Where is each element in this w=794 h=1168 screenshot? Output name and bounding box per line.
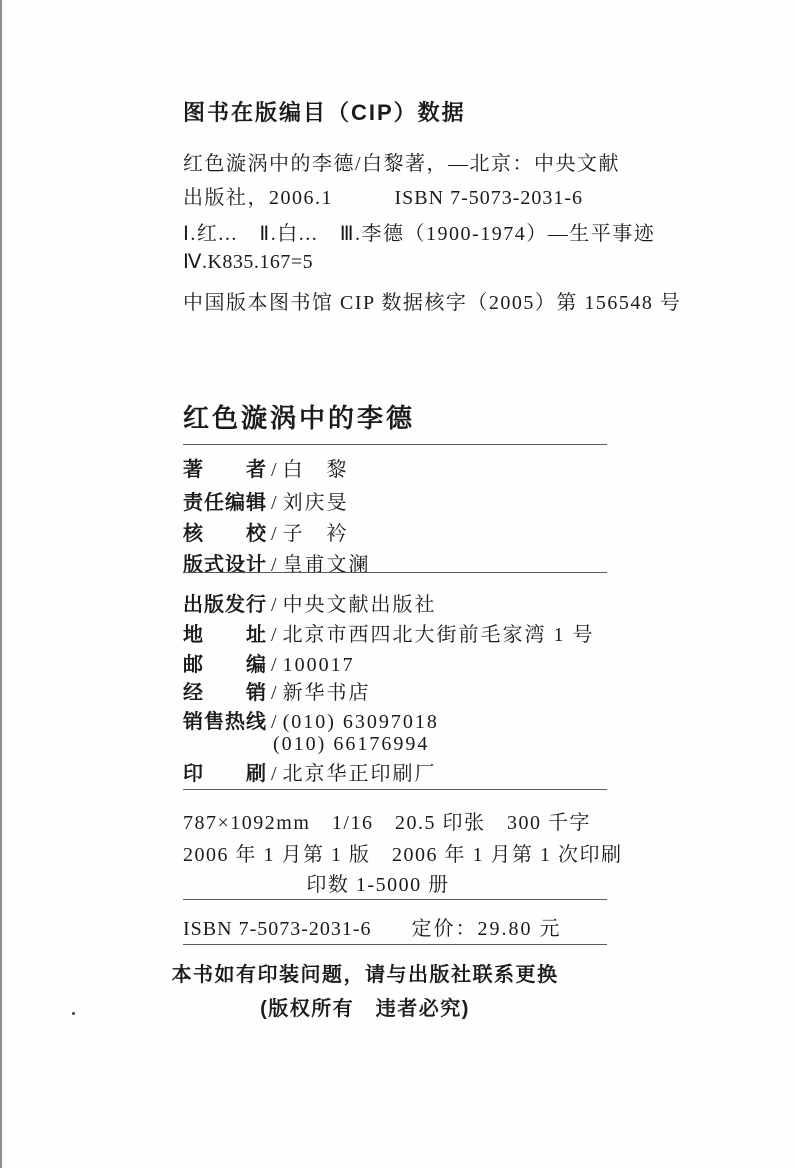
publishing-value: 100017 [283, 654, 355, 676]
slash-separator: / [271, 763, 277, 785]
cip-publication-line1: 红色漩涡中的李德/白黎著，—北京：中央文献 [183, 147, 620, 176]
book-title: 红色漩涡中的李德 [183, 398, 415, 435]
slash-separator: / [271, 594, 277, 616]
slash-separator: / [271, 624, 277, 646]
slash-separator: / [271, 682, 277, 704]
credit-value: 刘庆旻 [283, 492, 349, 514]
isbn-price-row: ISBN 7-5073-2031-6 定价：29.80 元 [183, 912, 562, 941]
price-value: 定价：29.80 元 [412, 918, 562, 940]
publishing-value: (010) 63097018 [283, 711, 439, 733]
publishing-value: 北京华正印刷厂 [283, 763, 437, 785]
publishing-row-publisher: 出版发行/中央文献出版社 [183, 588, 437, 617]
publishing-row-sales-hotline: 销售热线/(010) 63097018 [183, 705, 439, 734]
book-copyright-page: 图书在版编目（CIP）数据 红色漩涡中的李德/白黎著，—北京：中央文献 出版社，… [0, 0, 794, 1168]
credit-value: 子 衿 [283, 523, 349, 545]
print-run-line: 印数 1-5000 册 [183, 868, 573, 897]
credit-row-editor: 责任编辑/刘庆旻 [183, 486, 349, 515]
credit-row-proofreader: 核 校/子 衿 [183, 517, 349, 546]
slash-separator: / [271, 654, 277, 676]
divider-under-isbn [183, 944, 607, 945]
publishing-row-printer: 印 刷/北京华正印刷厂 [183, 757, 437, 786]
binding-problem-notice: 本书如有印装问题，请与出版社联系更换 [130, 958, 600, 987]
publishing-label: 销售热线 [183, 705, 269, 734]
slash-separator: / [271, 711, 277, 733]
publishing-row-postcode: 邮 编/100017 [183, 648, 355, 677]
publishing-value: (010) 66176994 [273, 733, 429, 755]
cip-classification-line1: Ⅰ.红... Ⅱ.白... Ⅲ.李德（1900-1974）—生平事迹 [183, 217, 655, 246]
credit-row-author: 著 者/白 黎 [183, 453, 349, 482]
copyright-notice: (版权所有 违者必究) [130, 992, 600, 1021]
cip-header: 图书在版编目（CIP）数据 [183, 96, 466, 127]
divider-under-printing [183, 899, 607, 900]
slash-separator: / [271, 459, 277, 481]
publishing-row-address: 地 址/北京市西四北大街前毛家湾 1 号 [183, 618, 595, 647]
isbn-number: ISBN 7-5073-2031-6 [183, 918, 372, 940]
credit-label: 著 者 [183, 453, 269, 482]
cip-record-number-line: 中国版本图书馆 CIP 数据核字（2005）第 156548 号 [183, 286, 681, 315]
divider-under-credits [183, 572, 607, 573]
divider-under-title [183, 444, 607, 445]
page-left-edge-line [0, 0, 2, 1168]
publishing-value: 中央文献出版社 [283, 594, 437, 616]
cip-publisher-year: 出版社，2006.1 [183, 187, 333, 209]
credit-label: 责任编辑 [183, 486, 269, 515]
slash-separator: / [271, 492, 277, 514]
publishing-label: 地 址 [183, 618, 269, 647]
credit-value: 白 黎 [283, 459, 349, 481]
publishing-label: 出版发行 [183, 588, 269, 617]
cip-publication-line2: 出版社，2006.1 ISBN 7-5073-2031-6 [183, 181, 583, 210]
publishing-label: 经 销 [183, 676, 269, 705]
cip-isbn: ISBN 7-5073-2031-6 [395, 187, 584, 209]
divider-under-publishing [183, 789, 607, 790]
publishing-value: 北京市西四北大街前毛家湾 1 号 [283, 624, 595, 646]
cip-classification-line2: Ⅳ.K835.167=5 [183, 249, 313, 274]
publishing-label: 邮 编 [183, 648, 269, 677]
publishing-row-distributor: 经 销/新华书店 [183, 676, 371, 705]
publishing-value: 新华书店 [283, 682, 371, 704]
edition-line: 2006 年 1 月第 1 版 2006 年 1 月第 1 次印刷 [183, 838, 623, 867]
publishing-label: 印 刷 [183, 757, 269, 786]
format-spec-line: 787×1092mm 1/16 20.5 印张 300 千字 [183, 806, 591, 835]
slash-separator: / [271, 523, 277, 545]
publishing-row-sales-hotline2: (010) 66176994 [183, 733, 429, 756]
scan-speck [72, 1012, 75, 1015]
credit-label: 核 校 [183, 517, 269, 546]
